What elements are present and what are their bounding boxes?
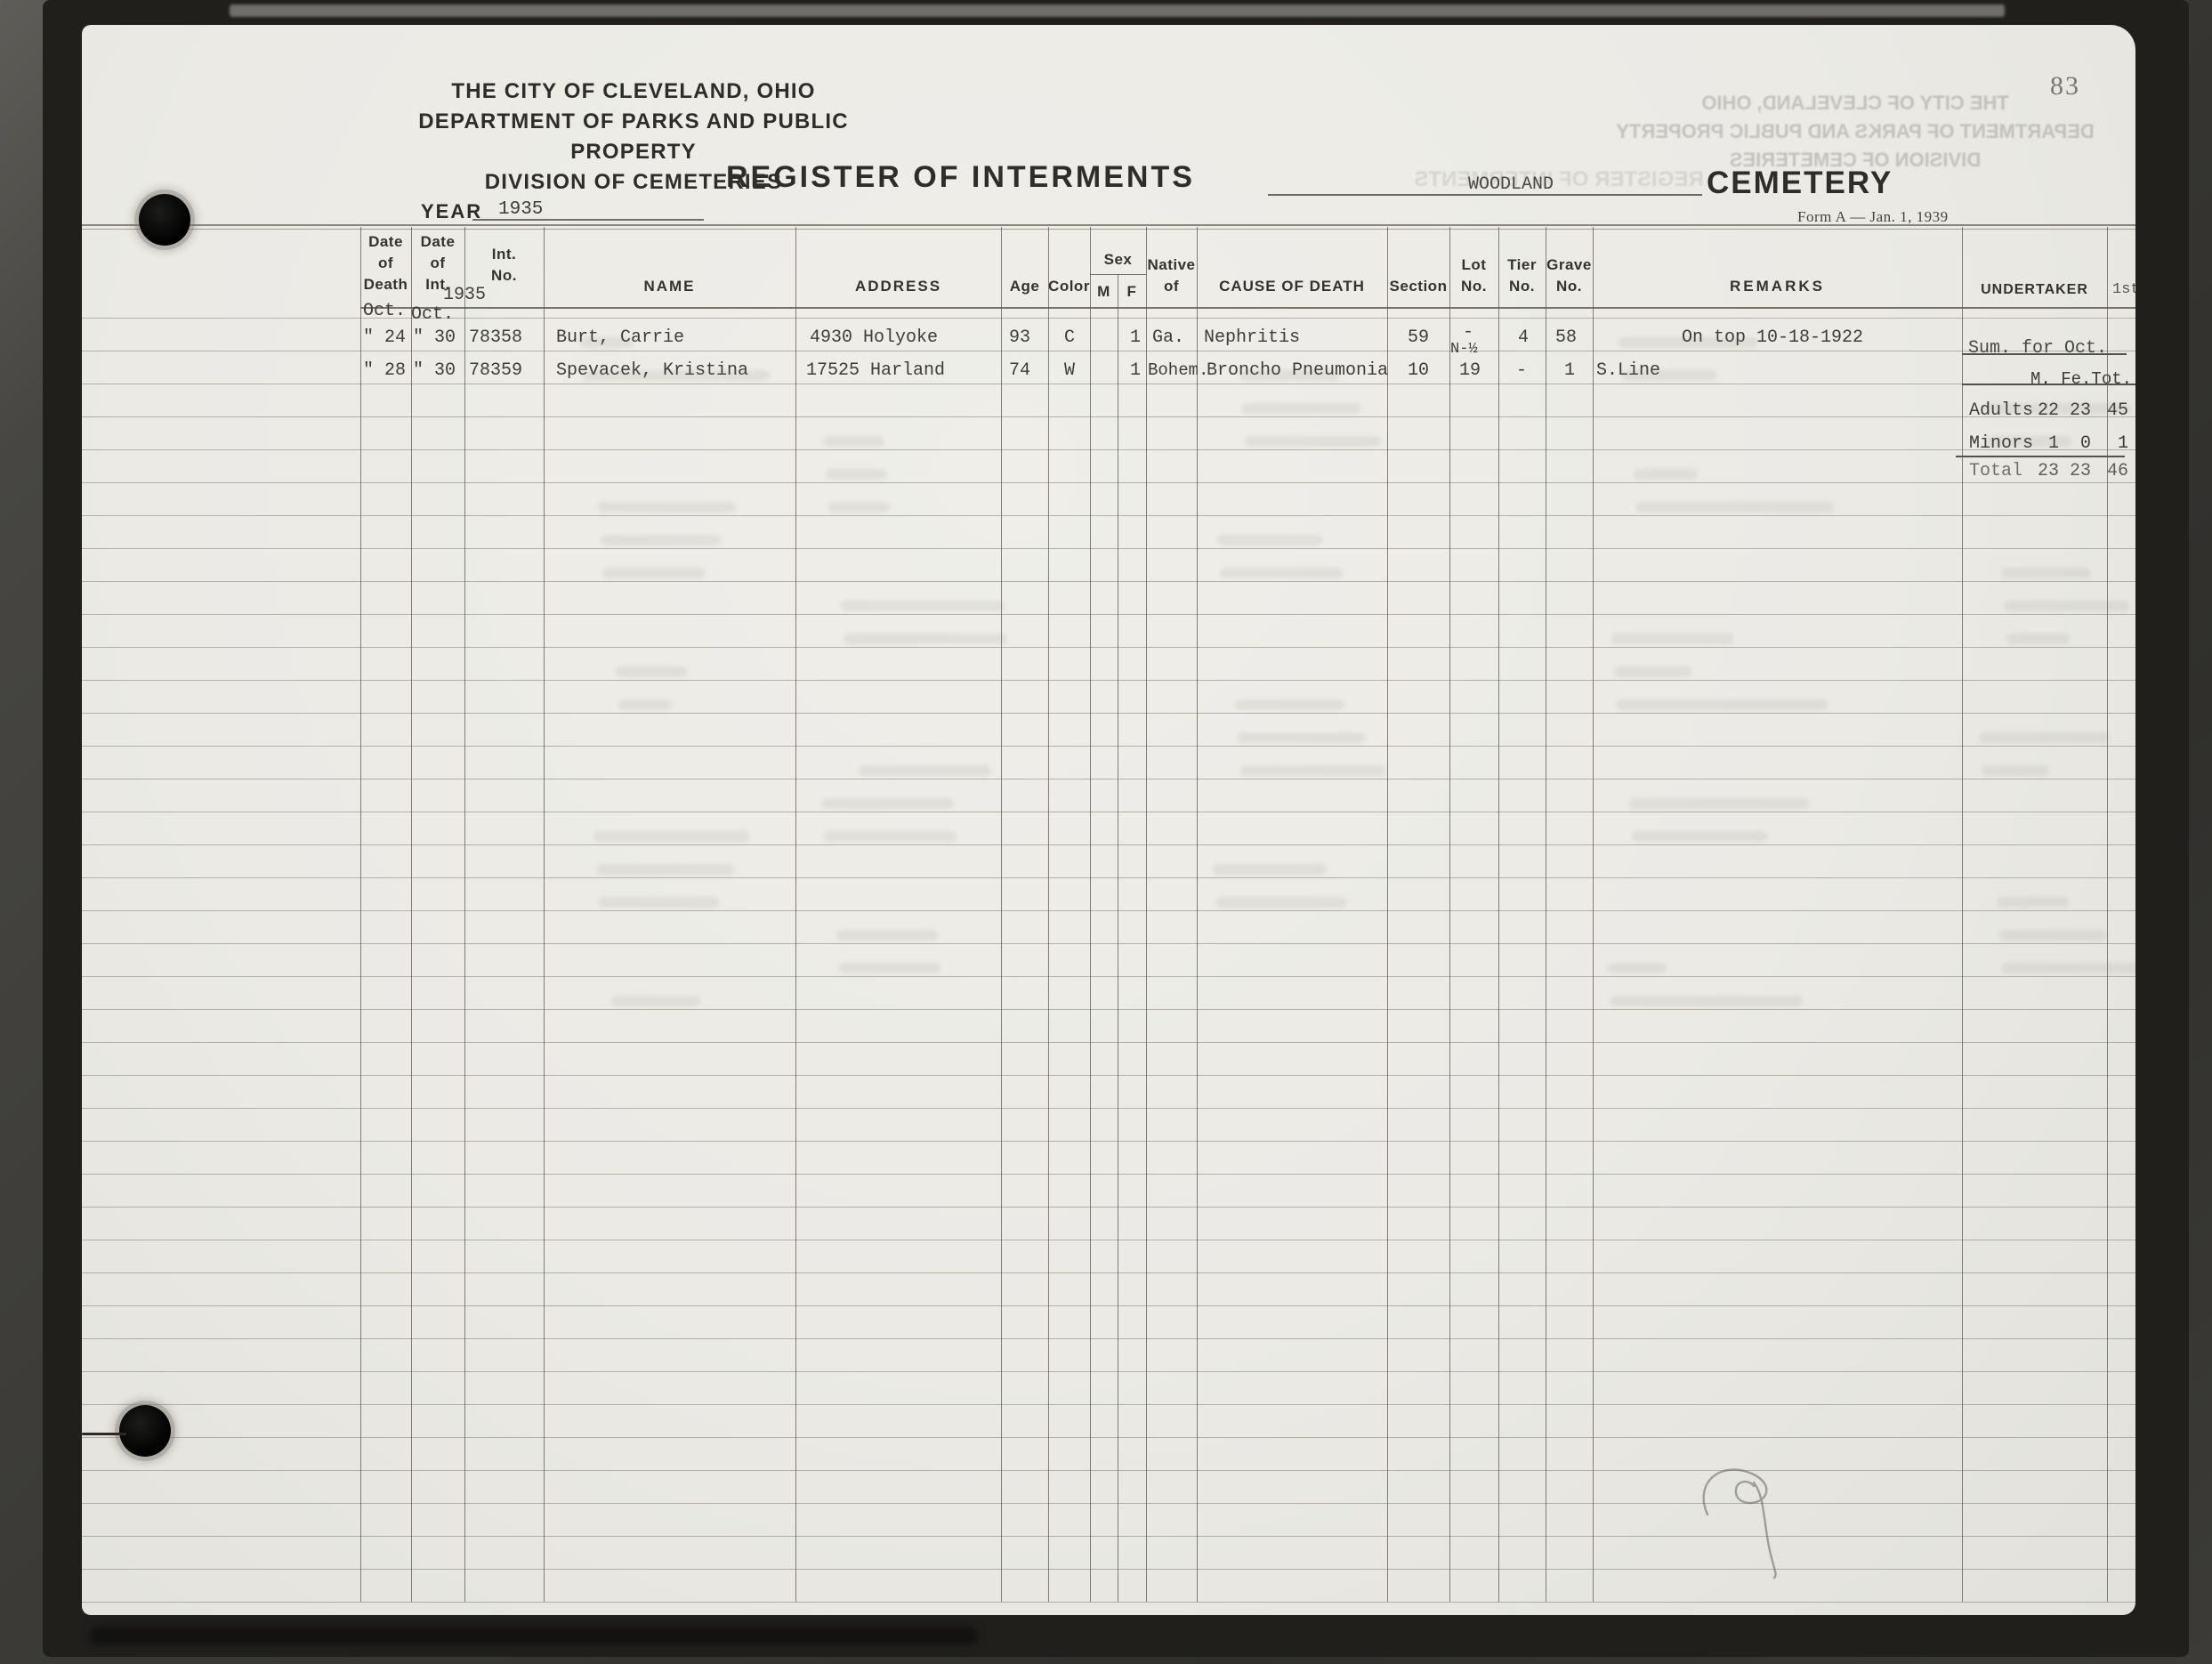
grid-line	[2107, 227, 2108, 1602]
col-header-native-of: Native of	[1146, 254, 1197, 297]
ghost-smudge	[611, 996, 700, 1006]
ghost-smudge	[596, 864, 734, 875]
org-line-1: THE CITY OF CLEVELAND, OHIO	[375, 77, 892, 107]
row2-color: W	[1064, 360, 1075, 381]
col-header-sex-m: M	[1090, 281, 1118, 303]
ghost-smudge	[1629, 798, 1809, 809]
ghost-smudge	[1632, 831, 1767, 842]
grid-line	[1090, 227, 1091, 1602]
row2-native-of: Bohem.	[1148, 360, 1208, 380]
ghost-smudge	[1245, 436, 1381, 447]
summary-minors-tot: 1	[2118, 433, 2128, 454]
col-header-undertaker: UNDERTAKER	[1962, 279, 2107, 301]
year-value: 1935	[498, 199, 543, 220]
register-title: REGISTER OF INTERMENTS	[726, 160, 1195, 195]
col-header-date-of-death: Date of Death	[360, 231, 411, 295]
ghost-smudge	[603, 568, 706, 578]
ghost-smudge	[1999, 930, 2107, 941]
col-header-sex: Sex	[1090, 249, 1146, 271]
col-header-address: ADDRESS	[795, 276, 1001, 297]
col-header-name: NAME	[544, 276, 795, 297]
ghost-smudge	[1634, 469, 1698, 480]
grid-line	[1593, 227, 1594, 1602]
ghost-smudge	[1611, 634, 1733, 644]
ghost-smudge	[1621, 370, 1716, 381]
summary-total-label: Total	[1969, 461, 2022, 481]
row1-sex-f: 1	[1130, 327, 1141, 348]
row1-date-of-death: " 24	[363, 327, 406, 348]
ghost-org-line: DEPARTMENT OF PARKS AND PUBLIC PROPERTY	[1606, 117, 2104, 146]
col-header-cause-of-death: CAUSE OF DEATH	[1197, 276, 1387, 297]
ghost-smudge	[2006, 634, 2070, 644]
ghost-smudge	[1986, 436, 2071, 447]
ghost-smudge	[2002, 963, 2135, 973]
grid-line	[1962, 227, 1963, 1602]
ruled-lines	[82, 286, 2135, 1603]
grid-line	[1048, 227, 1049, 1602]
summary-total-m: 23	[2038, 461, 2059, 481]
ghost-smudge	[824, 831, 957, 842]
grid-line	[795, 227, 796, 1602]
ghost-smudge	[1242, 403, 1360, 414]
row2-date-of-death: " 28	[363, 360, 406, 381]
ghost-smudge	[839, 963, 941, 973]
ghost-smudge	[1240, 765, 1385, 776]
ghost-smudge	[841, 601, 1005, 611]
ghost-smudge	[1619, 337, 1758, 348]
ghost-smudge	[618, 699, 672, 710]
ghost-smudge	[1997, 897, 2069, 908]
summary-title: Sum. for Oct.	[1968, 338, 2107, 359]
ghost-smudge	[601, 535, 721, 545]
row1-int-no: 78358	[469, 327, 522, 348]
ghost-smudge	[599, 897, 719, 908]
row2-tier: -	[1516, 360, 1527, 381]
pre-row-int-month: Oct.	[411, 304, 454, 325]
ghost-smudge	[1238, 732, 1365, 743]
col-header-section: Section	[1387, 276, 1449, 297]
ghost-smudge	[859, 765, 991, 776]
ghost-smudge	[836, 930, 938, 941]
ghost-smudge	[2004, 601, 2129, 611]
col-header-color: Color	[1048, 276, 1090, 297]
row2-sex-f: 1	[1130, 360, 1141, 381]
summary-header-underline	[1962, 384, 2135, 385]
row2-lot: 19	[1459, 360, 1481, 381]
row1-lot: -	[1463, 322, 1473, 343]
grid-line	[1197, 227, 1198, 1602]
col-header-remarks: REMARKS	[1593, 276, 1962, 297]
cemetery-name-underline	[1268, 194, 1702, 196]
punch-hole-bottom	[119, 1405, 171, 1457]
cemetery-label: CEMETERY	[1707, 166, 1893, 201]
edge-column-header: 1st	[2112, 281, 2135, 298]
underlying-page-edge	[230, 4, 2005, 17]
row2-grave: 1	[1564, 360, 1575, 381]
page-number: 83	[2050, 71, 2080, 101]
summary-title-underline	[1962, 353, 2127, 355]
col-header-grave-no: Grave No.	[1546, 254, 1593, 297]
ghost-smudge	[593, 831, 749, 842]
row1-cause: Nephritis	[1204, 327, 1300, 348]
col-header-int-no: Int. No.	[464, 244, 544, 287]
ghost-smudge	[1235, 699, 1344, 710]
row1-age: 93	[1009, 327, 1030, 348]
grid-line	[1118, 274, 1118, 1602]
scan-shadow-artifact	[89, 1627, 979, 1644]
ghost-smudge	[1979, 732, 2109, 743]
org-line-2: DEPARTMENT OF PARKS AND PUBLIC PROPERTY	[375, 107, 892, 167]
col-header-tier-no: Tier No.	[1498, 254, 1546, 297]
ghost-header-text: THE CITY OF CLEVELAND, OHIO DEPARTMENT O…	[1606, 89, 2104, 174]
row2-date-of-int: " 30	[413, 360, 456, 381]
ghost-smudge	[821, 798, 954, 809]
ghost-smudge	[616, 666, 687, 677]
header-bottom-rule	[360, 307, 2135, 309]
scanned-ledger-photo: THE CITY OF CLEVELAND, OHIO DEPARTMENT O…	[0, 0, 2212, 1664]
grid-line	[1146, 227, 1147, 1602]
summary-minors-fe: 0	[2080, 433, 2091, 454]
ledger-page: THE CITY OF CLEVELAND, OHIO DEPARTMENT O…	[82, 25, 2135, 1615]
ghost-smudge	[1982, 765, 2049, 776]
pencil-mark	[1688, 1459, 1804, 1584]
row1-tier: 4	[1518, 327, 1529, 348]
ghost-smudge	[1614, 666, 1691, 677]
row1-section: 59	[1408, 327, 1429, 348]
ghost-smudge	[1983, 403, 2131, 414]
ghost-smudge	[1213, 864, 1327, 875]
grid-line	[1546, 227, 1546, 1602]
col-header-age: Age	[1001, 276, 1048, 297]
row1-color: C	[1064, 327, 1075, 348]
ghost-smudge	[598, 502, 736, 513]
punch-hole-tail	[82, 1433, 126, 1435]
row1-grave: 58	[1555, 327, 1577, 348]
grid-line	[544, 227, 545, 1602]
row1-date-of-int: " 30	[413, 327, 456, 348]
grid-line	[1001, 227, 1002, 1602]
ghost-smudge	[1217, 535, 1322, 545]
ghost-smudge	[583, 370, 770, 381]
row1-native-of: Ga.	[1152, 327, 1184, 348]
ghost-smudge	[823, 436, 884, 447]
summary-total-fe: 23	[2070, 461, 2091, 481]
row2-address: 17525 Harland	[806, 360, 945, 381]
summary-col-headers: M. Fe.Tot.	[2030, 369, 2132, 389]
ghost-smudge	[1220, 568, 1343, 578]
ghost-smudge	[828, 502, 890, 513]
grid-line	[1387, 227, 1388, 1602]
ghost-smudge	[826, 469, 887, 480]
ghost-smudge	[844, 634, 1007, 644]
form-note: Form A — Jan. 1, 1939	[1797, 208, 1949, 226]
row1-lot-sub: N-½	[1450, 341, 1478, 358]
grid-line	[1498, 227, 1499, 1602]
ghost-smudge	[580, 337, 634, 348]
ghost-smudge	[1636, 502, 1834, 513]
ghost-smudge	[1215, 897, 1347, 908]
ghost-org-line: THE CITY OF CLEVELAND, OHIO	[1606, 89, 2104, 117]
grid-line	[464, 227, 465, 1602]
ghost-smudge	[1239, 370, 1340, 381]
ghost-smudge	[1610, 996, 1803, 1006]
punch-hole-top	[139, 194, 190, 246]
ghost-smudge	[2001, 568, 2091, 578]
ghost-smudge	[1617, 699, 1828, 710]
grid-line	[411, 227, 412, 1602]
pre-row-death-month: Oct.	[363, 301, 406, 321]
row2-section: 10	[1408, 360, 1429, 381]
row2-int-no: 78359	[469, 360, 522, 381]
double-rule-top	[82, 224, 2135, 226]
grid-line	[360, 227, 361, 1602]
col-header-lot-no: Lot No.	[1449, 254, 1498, 297]
grid-line	[1449, 227, 1450, 1602]
summary-total-overline	[1956, 456, 2125, 457]
col-header-sex-f: F	[1118, 281, 1146, 303]
row2-age: 74	[1009, 360, 1030, 381]
ghost-smudge	[1607, 963, 1667, 973]
year-underline	[472, 219, 704, 221]
double-rule-bottom	[82, 229, 2135, 230]
summary-total-tot: 46	[2107, 461, 2128, 481]
cemetery-name: WOODLAND	[1468, 174, 1554, 195]
row1-address: 4930 Holyoke	[810, 327, 938, 348]
